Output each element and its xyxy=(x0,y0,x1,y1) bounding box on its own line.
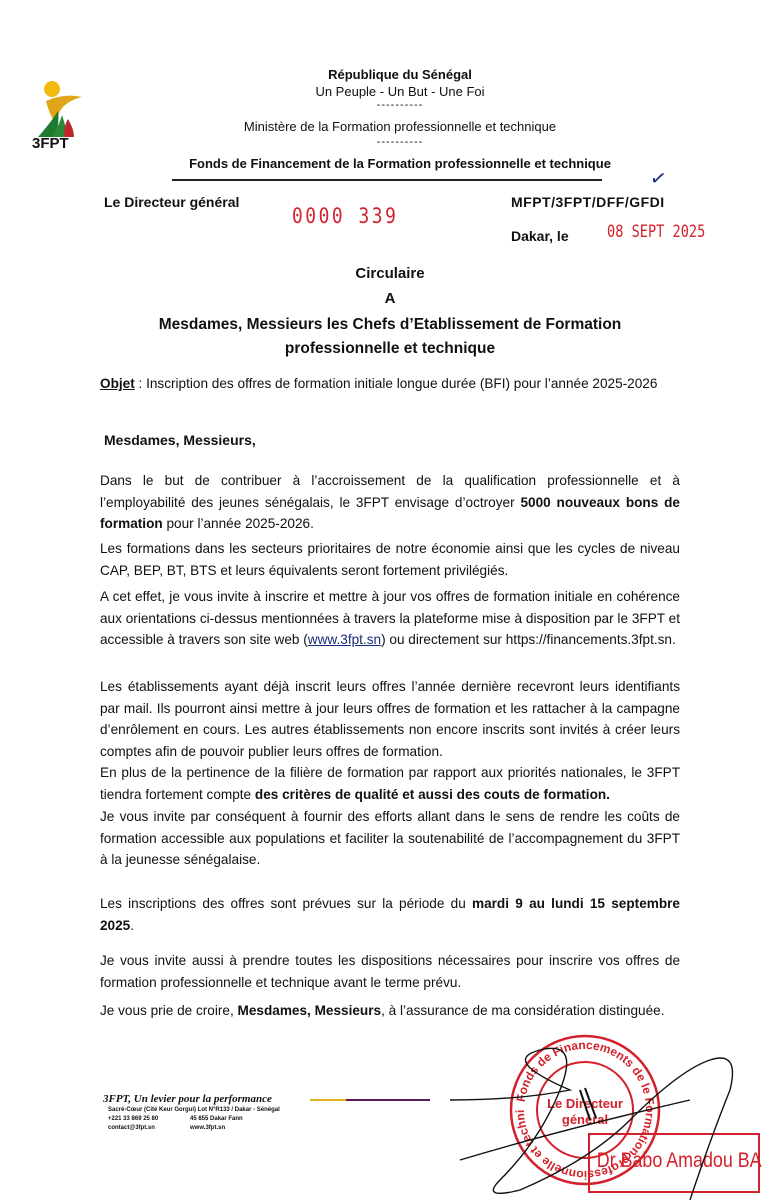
addressee-marker: A xyxy=(100,290,680,307)
reference-code: MFPT/3FPT/DFF/GFDI xyxy=(511,194,665,210)
logo-text: 3FPT xyxy=(32,135,69,152)
country-name: République du Sénégal xyxy=(190,68,610,81)
object-line: Objet : Inscription des offres de format… xyxy=(100,373,670,395)
reference-stamp: 0000 339 xyxy=(292,204,398,228)
closing-highlight: Mesdames, Messieurs xyxy=(238,1003,382,1018)
3fpt-logo: 3FPT xyxy=(34,75,94,155)
paragraph-4: Les établissements ayant déjà inscrit le… xyxy=(100,676,680,762)
place-label: Dakar, le xyxy=(511,228,569,244)
footer-address: Sacré-Cœur (Cité Keur Gorgui) Lot N°R133… xyxy=(108,1107,280,1113)
object-label: Objet xyxy=(100,376,135,391)
separator: ---------- xyxy=(190,137,610,148)
paragraph-6: Je vous invite par conséquent à fournir … xyxy=(100,806,680,871)
p7-text-end: . xyxy=(130,918,134,933)
date-stamp: 08 SEPT 2025 xyxy=(607,222,705,242)
p1-text-end: pour l’année 2025-2026. xyxy=(163,516,314,531)
name-stamp-box: Dr Babo Amadou BA xyxy=(588,1133,760,1193)
checkmark-icon: ✓ xyxy=(648,165,669,193)
p3-text-end: ) ou directement sur https://financement… xyxy=(381,632,676,647)
closing-text: Je vous prie de croire, xyxy=(100,1003,238,1018)
paragraph-8: Je vous invite aussi à prendre toutes le… xyxy=(100,950,680,993)
header-rule xyxy=(172,179,602,181)
national-motto: Un Peuple - Un But - Une Foi xyxy=(190,85,610,98)
footer-email[interactable]: contact@3fpt.sn xyxy=(108,1125,155,1131)
p5-highlight: des critères de qualité et aussi des cou… xyxy=(255,787,610,802)
separator: ---------- xyxy=(190,100,610,111)
closing-text-end: , à l’assurance de ma considération dist… xyxy=(381,1003,664,1018)
svg-text:Le Directeur: Le Directeur xyxy=(547,1096,623,1111)
paragraph-3: A cet effet, je vous invite à inscrire e… xyxy=(100,586,680,651)
footer-po-box: 45 855 Dakar Fann xyxy=(190,1116,243,1122)
footer-slogan: 3FPT, Un levier pour la performance xyxy=(103,1093,272,1105)
footer-rule xyxy=(310,1099,430,1101)
agency-name: Fonds de Financement de la Formation pro… xyxy=(170,157,630,170)
paragraph-7: Les inscriptions des offres sont prévues… xyxy=(100,893,680,936)
footer-website[interactable]: www.3fpt.sn xyxy=(190,1125,225,1131)
director-name: Dr Babo Amadou BA xyxy=(590,1135,733,1173)
website-link[interactable]: www.3fpt.sn xyxy=(308,632,381,647)
p7-text: Les inscriptions des offres sont prévues… xyxy=(100,896,472,911)
object-text: : Inscription des offres de formation in… xyxy=(135,376,658,391)
salutation: Mesdames, Messieurs, xyxy=(104,432,256,448)
paragraph-2: Les formations dans les secteurs priorit… xyxy=(100,538,680,581)
paragraph-5: En plus de la pertinence de la filière d… xyxy=(100,762,680,805)
footer-phone: +221 33 869 25 80 xyxy=(108,1116,158,1122)
sender: Le Directeur général xyxy=(104,194,239,210)
svg-text:général: général xyxy=(562,1112,608,1127)
document-type: Circulaire xyxy=(100,265,680,282)
paragraph-1: Dans le but de contribuer à l’accroissem… xyxy=(100,470,680,535)
recipients: Mesdames, Messieurs les Chefs d’Etabliss… xyxy=(130,313,650,361)
closing: Je vous prie de croire, Mesdames, Messie… xyxy=(100,1000,680,1022)
ministry-name: Ministère de la Formation professionnell… xyxy=(190,120,610,133)
